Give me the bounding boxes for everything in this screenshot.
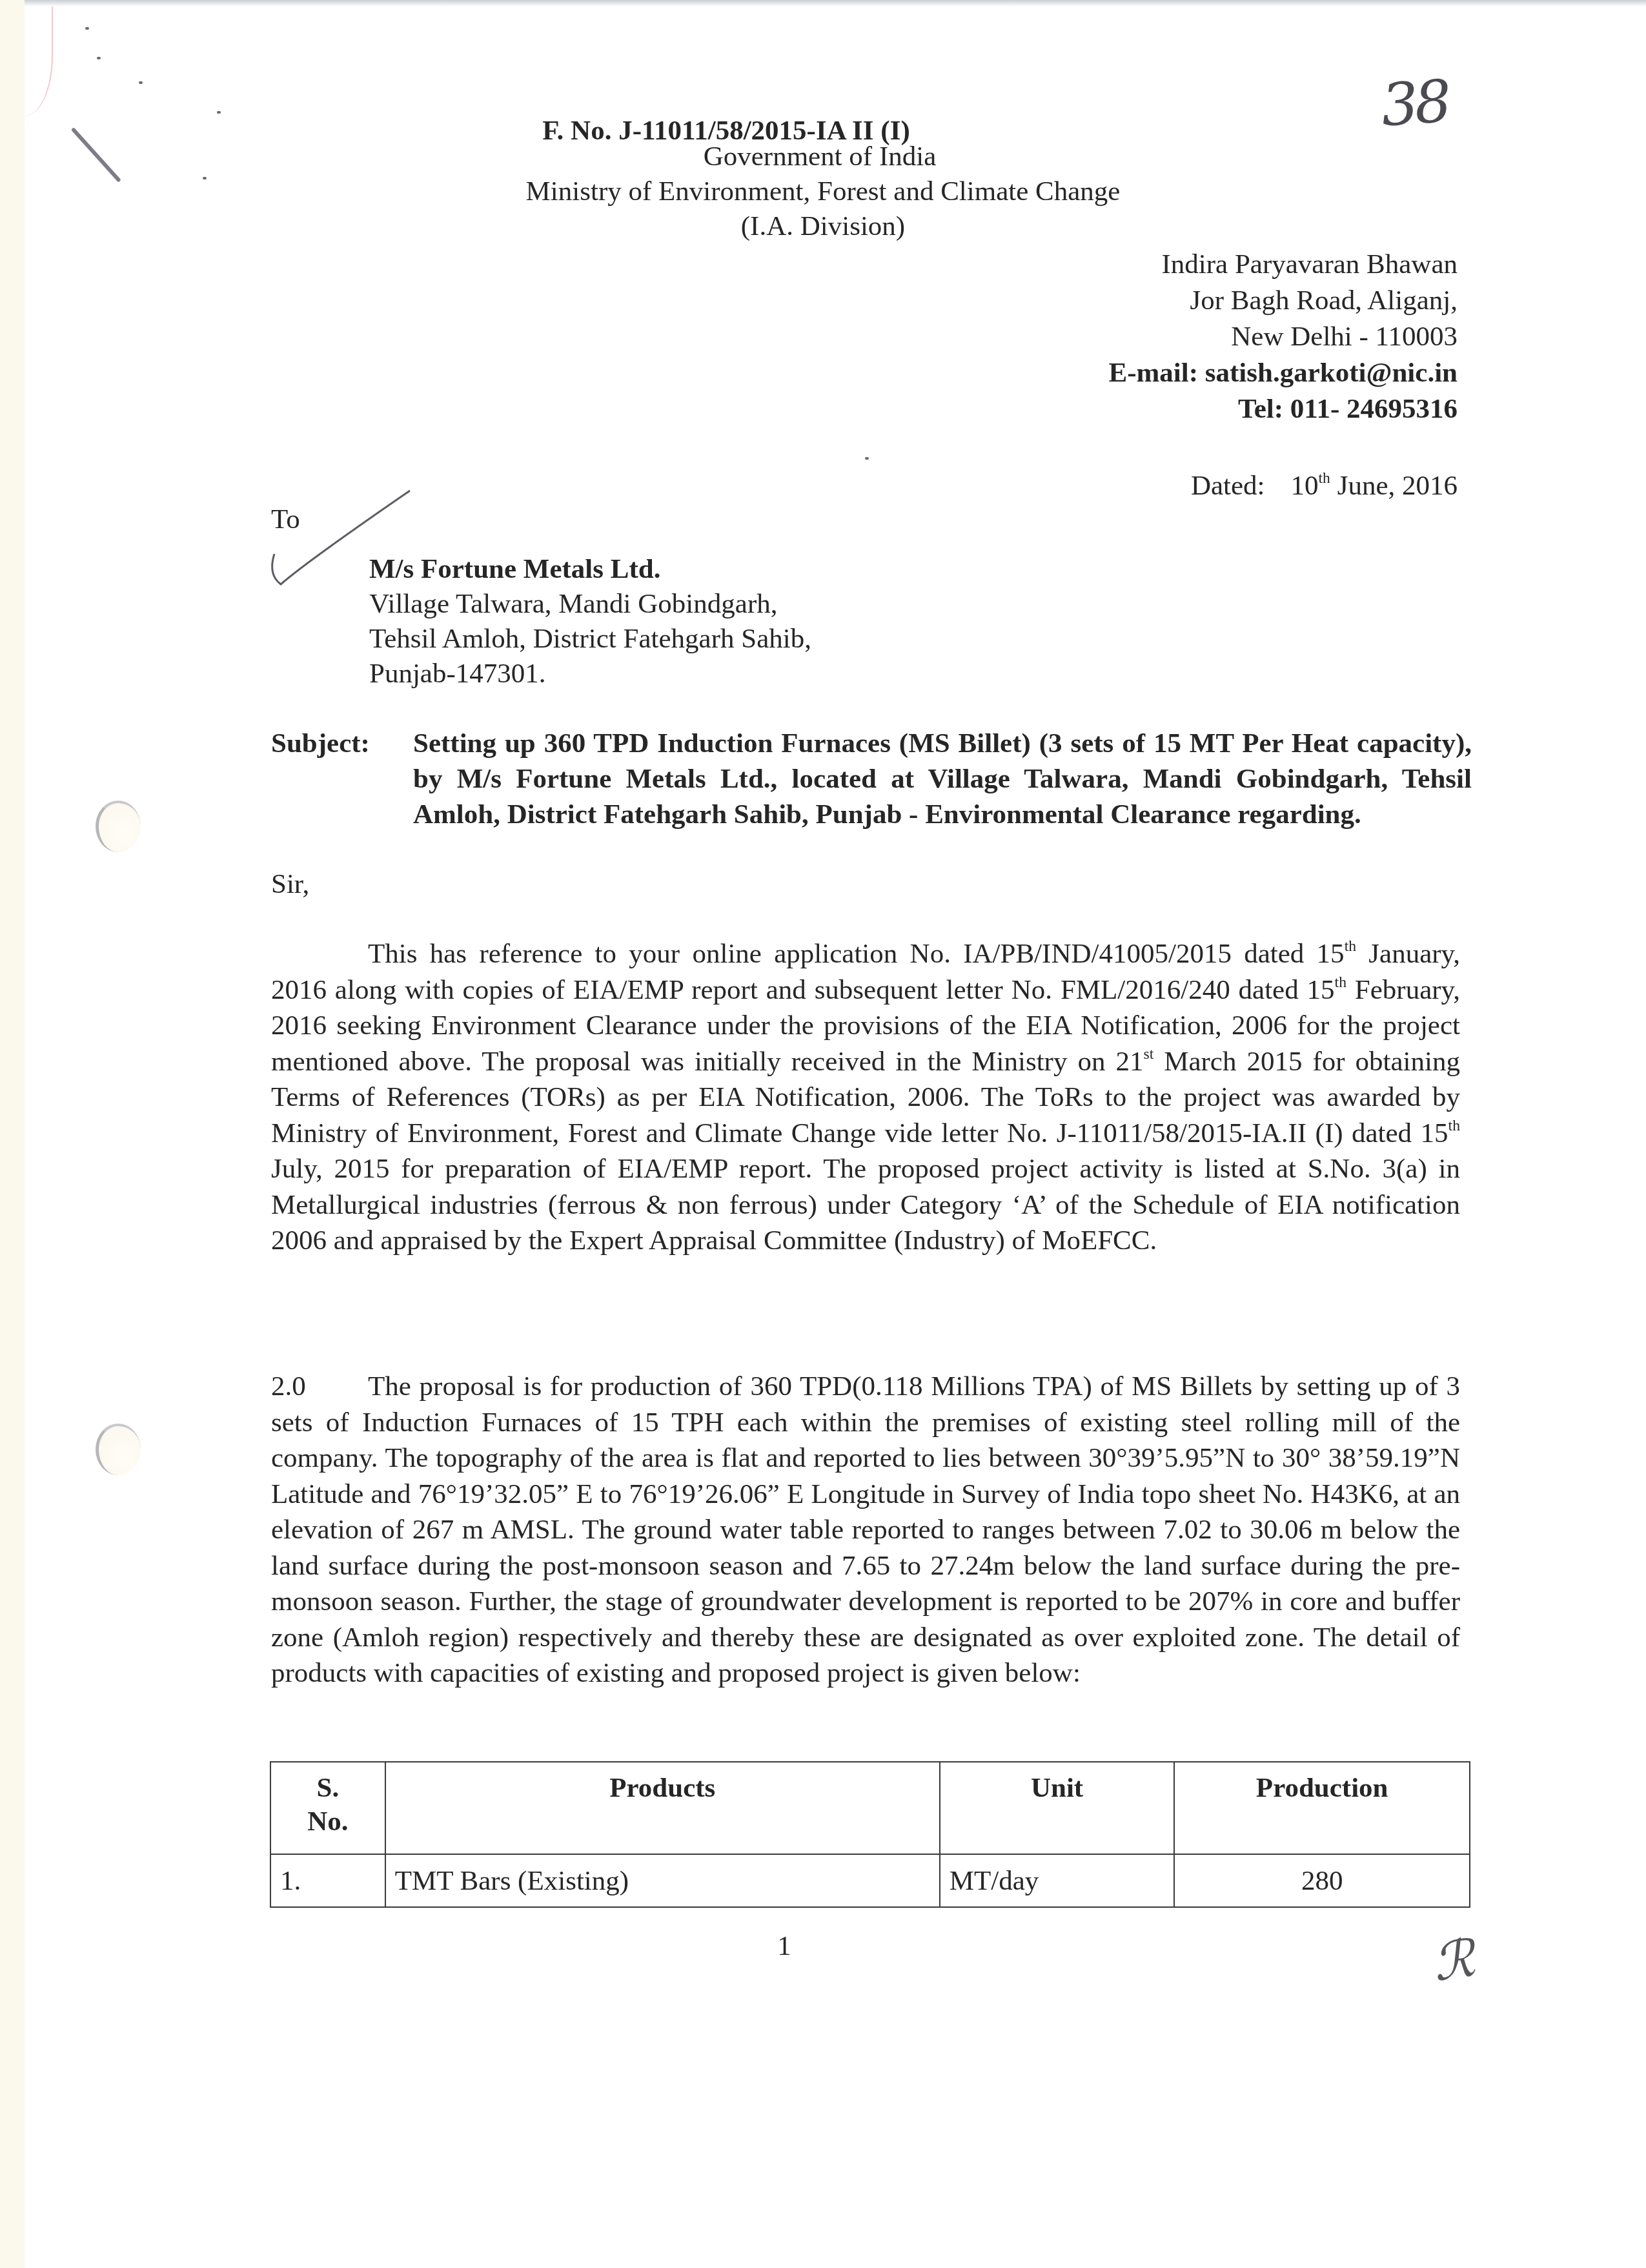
page-number: 1: [0, 1930, 1646, 1962]
header-sno: S.No.: [270, 1762, 385, 1854]
ministry-line: Ministry of Environment, Forest and Clim…: [0, 176, 1646, 207]
email-line: E-mail: satish.garkoti@nic.in: [1108, 355, 1458, 391]
address-line: New Delhi - 110003: [1108, 319, 1458, 355]
cell-product: TMT Bars (Existing): [385, 1854, 940, 1907]
scan-speck: [97, 57, 101, 59]
recipient-name: M/s Fortune Metals Ltd.: [369, 552, 811, 587]
header-unit: Unit: [940, 1762, 1175, 1854]
recipient-address: M/s Fortune Metals Ltd. Village Talwara,…: [369, 552, 811, 691]
cell-production: 280: [1174, 1854, 1470, 1907]
subject-label: Subject:: [271, 726, 370, 761]
address-line: Indira Paryavaran Bhawan: [1108, 247, 1458, 283]
salutation: Sir,: [271, 868, 309, 900]
paragraph-2: 2.0The proposal is for production of 360…: [271, 1369, 1460, 1691]
punch-hole-icon: [96, 1424, 141, 1475]
date-day-suffix: th: [1319, 470, 1330, 487]
sender-address: Indira Paryavaran Bhawan Jor Bagh Road, …: [1108, 247, 1458, 427]
paragraph-1: This has reference to your online applic…: [271, 936, 1460, 1259]
punch-hole-icon: [96, 801, 141, 852]
scan-speck: [139, 81, 143, 84]
subject-block: Subject: Setting up 360 TPD Induction Fu…: [271, 726, 1498, 832]
date-line: Dated:10th June, 2016: [1191, 470, 1458, 502]
cell-sno: 1.: [270, 1854, 385, 1907]
table-header-row: S.No. Products Unit Production: [270, 1762, 1470, 1854]
page-fold: [25, 6, 53, 116]
date-label: Dated:: [1191, 471, 1265, 501]
handwritten-page-mark: 38: [1379, 68, 1450, 140]
paragraph-2-text: The proposal is for production of 360 TP…: [271, 1371, 1460, 1688]
recipient-line: Tehsil Amloh, District Fatehgarh Sahib,: [369, 622, 811, 657]
scan-edge-left: [0, 0, 25, 2268]
products-table: S.No. Products Unit Production 1. TMT Ba…: [270, 1761, 1470, 1908]
cell-unit: MT/day: [940, 1854, 1175, 1907]
recipient-line: Punjab-147301.: [369, 657, 811, 691]
recipient-line: Village Talwara, Mandi Gobindgarh,: [369, 587, 811, 622]
handwritten-initials: ℛ: [1429, 1928, 1478, 1993]
header-production: Production: [1174, 1762, 1470, 1854]
table-row: 1. TMT Bars (Existing) MT/day 280: [270, 1854, 1470, 1907]
scan-speck: [85, 27, 89, 30]
date-rest: June, 2016: [1337, 471, 1458, 501]
subject-text: Setting up 360 TPD Induction Furnaces (M…: [413, 726, 1472, 832]
scan-edge-top: [0, 0, 1646, 6]
header-products: Products: [385, 1762, 940, 1854]
scan-speck: [865, 457, 869, 460]
date-day: 10: [1291, 471, 1319, 501]
paragraph-number: 2.0: [271, 1369, 368, 1405]
division-line: (I.A. Division): [0, 210, 1646, 242]
scan-speck: [217, 111, 221, 114]
government-line: Government of India: [0, 141, 1646, 172]
address-line: Jor Bagh Road, Aliganj,: [1108, 283, 1458, 319]
tel-line: Tel: 011- 24695316: [1108, 391, 1458, 427]
